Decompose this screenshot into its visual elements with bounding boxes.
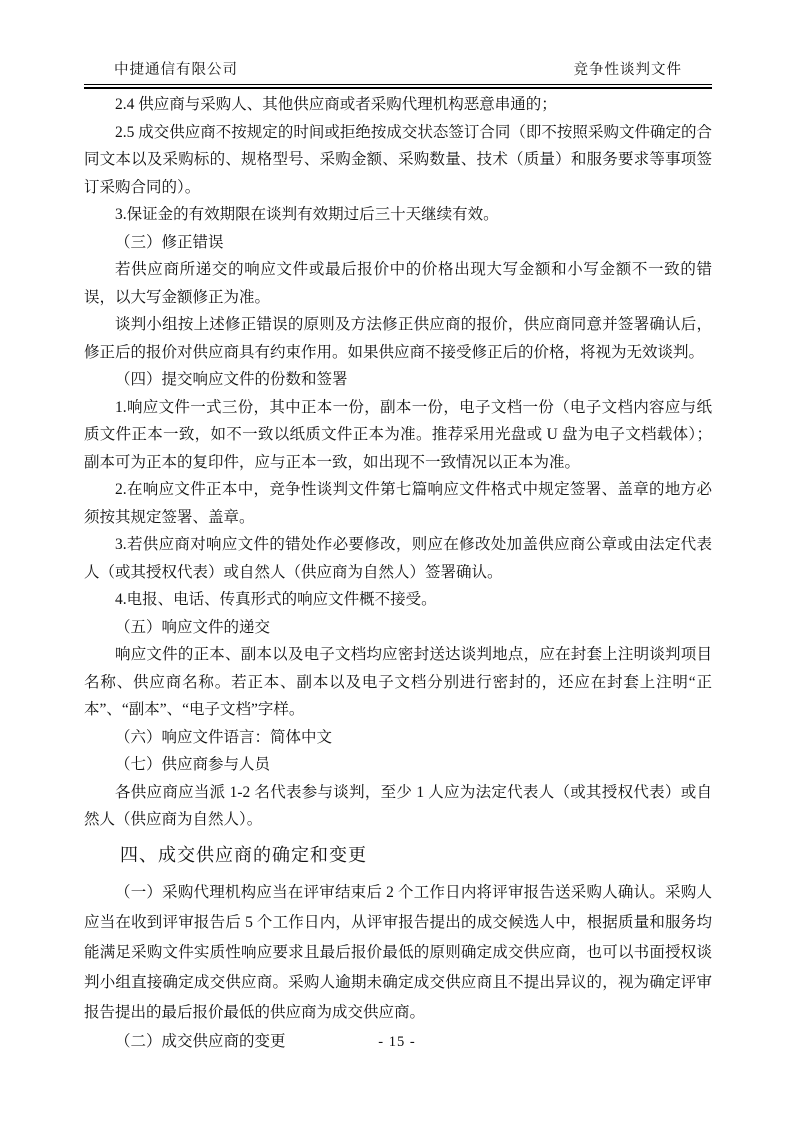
header-company-name: 中捷通信有限公司: [114, 58, 238, 79]
paragraph: 3.若供应商对响应文件的错处作必要修改，则应在修改处加盖供应商公章或由法定代表人…: [84, 531, 712, 586]
paragraph: 2.4 供应商与采购人、其他供应商或者采购代理机构恶意串通的；: [84, 91, 712, 119]
paragraph: 1.响应文件一式三份，其中正本一份，副本一份，电子文档一份（电子文档内容应与纸质…: [84, 394, 712, 477]
page-header: 中捷通信有限公司 竞争性谈判文件: [84, 58, 712, 89]
sub-heading: （六）响应文件语言：简体中文: [84, 724, 712, 752]
sub-heading: （七）供应商参与人员: [84, 751, 712, 779]
paragraph: 4.电报、电话、传真形式的响应文件概不接受。: [84, 586, 712, 614]
section-heading: 四、成交供应商的确定和变更: [84, 841, 712, 869]
sub-heading: （三）修正错误: [84, 229, 712, 257]
sub-heading: （五）响应文件的递交: [84, 614, 712, 642]
paragraph: 谈判小组按上述修正错误的原则及方法修正供应商的报价，供应商同意并签署确认后，修正…: [84, 311, 712, 366]
paragraph: 2.在响应文件正本中，竞争性谈判文件第七篇响应文件格式中规定签署、盖章的地方必须…: [84, 476, 712, 531]
paragraph: 响应文件的正本、副本以及电子文档均应密封送达谈判地点，应在封套上注明谈判项目名称…: [84, 641, 712, 724]
paragraph: 2.5 成交供应商不按规定的时间或拒绝按成交状态签订合同（即不按照采购文件确定的…: [84, 119, 712, 202]
paragraph: 3.保证金的有效期限在谈判有效期过后三十天继续有效。: [84, 201, 712, 229]
paragraph: 各供应商应当派 1-2 名代表参与谈判，至少 1 人应为法定代表人（或其授权代表…: [84, 779, 712, 834]
paragraph: （一）采购代理机构应当在评审结束后 2 个工作日内将评审报告送采购人确认。采购人…: [84, 878, 712, 1028]
header-doc-type: 竞争性谈判文件: [574, 58, 683, 79]
page-footer: - 15 -: [0, 1034, 794, 1051]
sub-heading: （四）提交响应文件的份数和签署: [84, 366, 712, 394]
document-page: 中捷通信有限公司 竞争性谈判文件 2.4 供应商与采购人、其他供应商或者采购代理…: [0, 0, 794, 1122]
page-number: - 15 -: [378, 1034, 415, 1050]
document-body: 2.4 供应商与采购人、其他供应商或者采购代理机构恶意串通的； 2.5 成交供应…: [84, 91, 712, 1055]
paragraph: 若供应商所递交的响应文件或最后报价中的价格出现大写金额和小写金额不一致的错误，以…: [84, 256, 712, 311]
header-divider: [84, 84, 712, 89]
